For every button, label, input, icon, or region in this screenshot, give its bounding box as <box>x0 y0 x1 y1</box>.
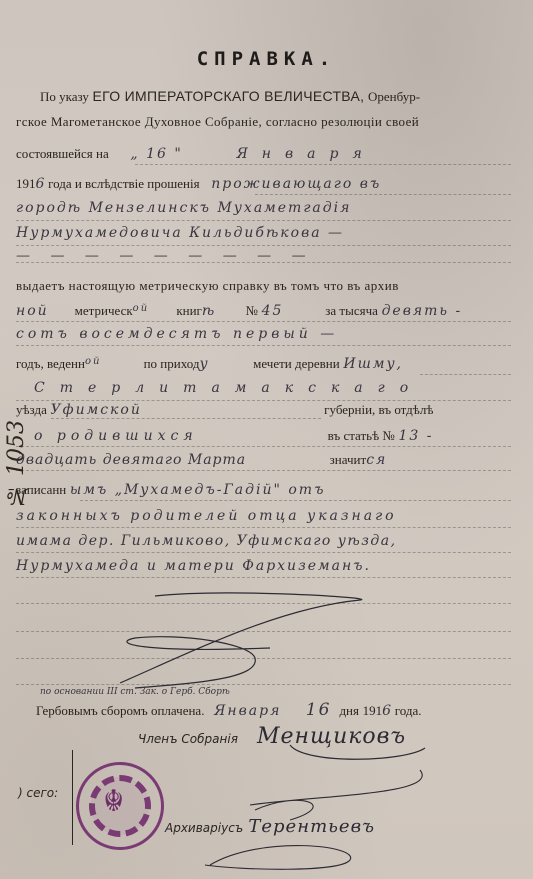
text: состоявшейся на <box>16 146 109 161</box>
body-line-11: годъ, веденной по приходу мечети деревни… <box>16 356 511 372</box>
body-line-15: двадцать девятаго Марта значится <box>16 452 511 468</box>
body-line-12: Стерлитамакскаго <box>34 380 511 396</box>
handwritten-text: городѣ Мензелинскъ Мухаметгадія <box>16 200 351 216</box>
text: годъ, веденн <box>16 356 85 371</box>
text: по приход <box>144 356 200 371</box>
text: Оренбур- <box>368 89 420 104</box>
handwritten-suffix: ой <box>133 303 173 314</box>
handwritten-text: сотъ восемдесятъ первый — <box>16 326 338 342</box>
handwritten-month: Января <box>214 703 302 719</box>
footer-note: по основании III ст. Зак. о Герб. Сборѣ <box>40 683 511 697</box>
text: По указу <box>40 89 89 104</box>
strike-through-mark <box>80 588 380 698</box>
underline <box>16 552 511 553</box>
text: въ статьѣ № <box>328 428 395 443</box>
handwritten-date: двадцать девятаго Марта <box>16 452 326 468</box>
intro-line-4: 1916 года и вслѣдствіе прошенія проживаю… <box>16 176 511 192</box>
handwritten-text: о родившихся <box>34 428 324 444</box>
handwritten-suffix: ѣ <box>202 303 242 319</box>
body-line-18: имама дер. Гильмиково, Уфимскаго уѣзда, <box>16 533 511 549</box>
body-line-19: Нурмухамеда и матери Фархиземанъ. <box>16 558 511 574</box>
underline <box>16 262 511 263</box>
underline <box>16 321 511 322</box>
document-title: СПРАВКА. <box>0 48 533 70</box>
text: уѣзда <box>16 402 47 417</box>
text: значит <box>330 452 367 467</box>
year-handwritten: 6 <box>36 176 45 192</box>
body-line-9: ной метрической книгѣ № 45 за тысяча дев… <box>16 303 511 319</box>
handwritten-day: 16 <box>306 700 336 720</box>
handwritten-month: Января <box>236 146 375 162</box>
body-line-14: о родившихся въ статьѣ № 13 - <box>34 428 511 444</box>
handwritten-text: проживающаго въ <box>211 176 381 192</box>
intro-line-2: гское Магометанское Духовное Собраніе, с… <box>16 114 511 130</box>
handwritten-parents: Нурмухамеда и матери Фархиземанъ. <box>16 558 371 574</box>
body-line-10: сотъ восемдесятъ первый — <box>16 326 511 342</box>
handwritten-uezd: Уфимской <box>51 402 321 419</box>
intro-line-6: Нурмухамедовича Кильдибѣкова — <box>16 225 511 241</box>
underline <box>255 194 511 195</box>
handwritten-suffix: у <box>199 356 249 372</box>
handwritten-suffix: ся <box>366 452 387 468</box>
underline <box>16 220 511 221</box>
underline <box>16 470 511 471</box>
text: № <box>246 303 258 318</box>
underline <box>16 527 511 528</box>
double-headed-eagle-icon: ☬ <box>103 787 124 817</box>
underline <box>16 577 511 578</box>
underline <box>80 500 511 501</box>
underline <box>16 245 511 246</box>
underline <box>16 345 511 346</box>
text: губерніи, въ отдѣлѣ <box>324 402 433 417</box>
handwritten-text: ной <box>16 303 71 319</box>
footer-fee-line: Гербовымъ сборомъ оплачена. Января 16 дн… <box>36 700 511 720</box>
text: метрическ <box>75 303 133 318</box>
underline <box>16 446 511 447</box>
handwritten-note: по основании III ст. Зак. о Герб. Сборѣ <box>40 687 230 697</box>
handwritten-text: девять - <box>382 303 463 319</box>
body-line-8: выдаетъ настоящую метрическую справку въ… <box>16 278 511 294</box>
handwritten-village: Ишму, <box>343 356 403 372</box>
underline <box>16 400 511 401</box>
text: гское Магометанское Духовное Собраніе, с… <box>16 114 419 129</box>
handwritten-text: законныхъ родителей отца указнаго <box>16 508 397 524</box>
text: книг <box>176 303 202 318</box>
handwritten-article-number: 13 - <box>398 428 433 444</box>
text: года и вслѣдствіе прошенія <box>48 176 199 191</box>
handwritten-number: 45 <box>262 303 322 319</box>
text: дня <box>339 703 359 718</box>
handwritten-text: Нурмухамедовича Кильдибѣкова — <box>16 225 344 241</box>
handwritten-text: имама дер. Гильмиково, Уфимскаго уѣзда, <box>16 533 397 549</box>
underline <box>420 374 511 375</box>
year-print: 191 <box>363 703 383 718</box>
year-print: 191 <box>16 176 36 191</box>
body-line-16: записанн ымъ „Мухамедъ-Гадій" отъ <box>16 482 511 498</box>
year-handwritten: 6 <box>382 703 391 719</box>
imperial-title: ЕГО ИМПЕРАТОРСКАГО ВЕЛИЧЕСТВА, <box>93 88 365 104</box>
official-seal: ☬ <box>76 762 164 850</box>
text: года. <box>395 703 422 718</box>
intro-line-3: состоявшейся на „ 16 " Января <box>16 146 511 162</box>
margin-registry-number: № 1053 <box>4 420 29 508</box>
body-line-17: законныхъ родителей отца указнаго <box>16 508 511 524</box>
body-line-13: уѣзда Уфимской губерніи, въ отдѣлѣ <box>16 402 511 419</box>
handwritten-text: Стерлитамакскаго <box>34 380 423 396</box>
fee-label: Гербовымъ сборомъ оплачена. <box>36 703 204 718</box>
archivist-flourish <box>200 765 440 875</box>
text: ) сего: <box>18 786 58 800</box>
text: выдаетъ настоящую метрическую справку въ… <box>16 278 399 293</box>
handwritten-day: „ 16 " <box>130 146 182 162</box>
text: за тысяча <box>325 303 378 318</box>
intro-line-5: городѣ Мензелинскъ Мухаметгадія <box>16 200 511 216</box>
handwritten-child-name: ымъ „Мухамедъ-Гадій" отъ <box>70 482 325 498</box>
seal-label: ) сего: <box>18 782 58 801</box>
member-label: Членъ Собранія <box>138 732 238 746</box>
handwritten-suffix: ой <box>85 356 140 367</box>
underline <box>135 164 511 165</box>
intro-line-1: По указу ЕГО ИМПЕРАТОРСКАГО ВЕЛИЧЕСТВА, … <box>40 88 511 105</box>
seal-bracket <box>72 750 73 845</box>
text: мечети деревни <box>253 356 340 371</box>
